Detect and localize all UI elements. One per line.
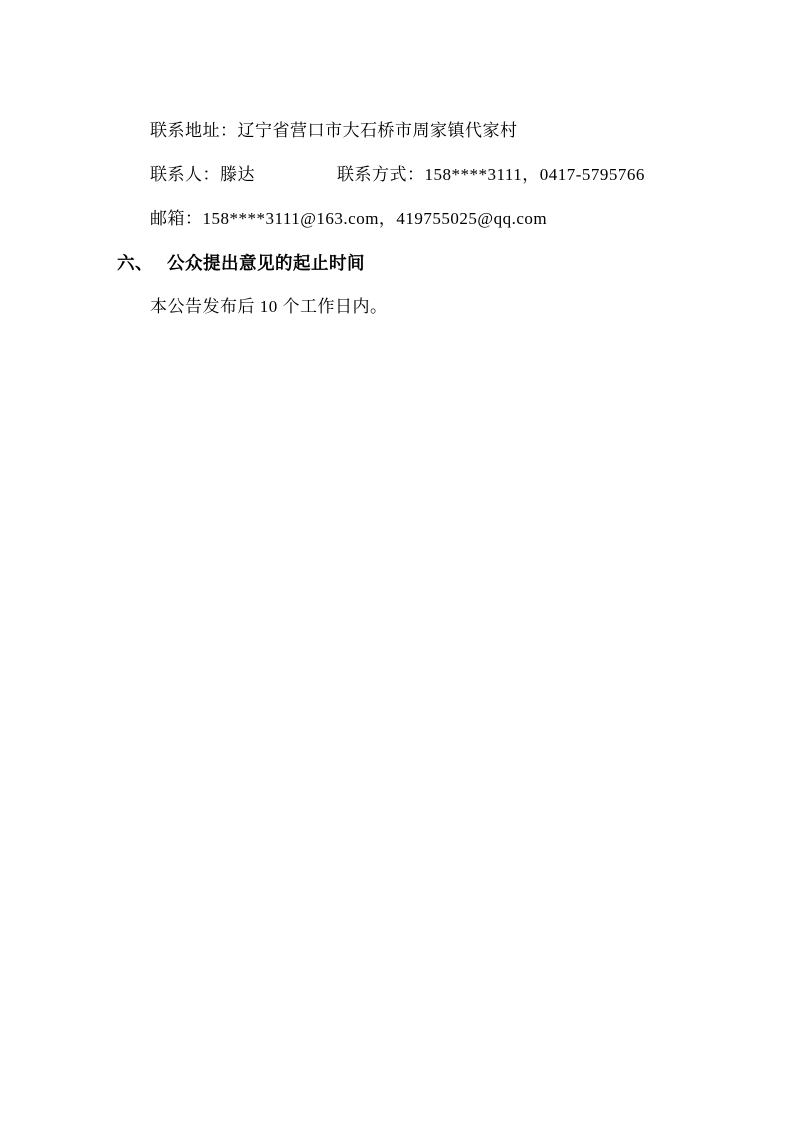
- contact-address-line: 联系地址：辽宁省营口市大石桥市周家镇代家村: [0, 109, 793, 153]
- contact-phone: 联系方式：158****3111，0417-5795766: [337, 165, 645, 184]
- contact-email-line: 邮箱：158****3111@163.com，419755025@qq.com: [0, 197, 793, 241]
- section-heading: 六、公众提出意见的起止时间: [0, 241, 793, 285]
- section-title: 公众提出意见的起止时间: [167, 253, 365, 273]
- contact-person: 联系人：滕达: [150, 153, 337, 197]
- document-page: 联系地址：辽宁省营口市大石桥市周家镇代家村 联系人：滕达联系方式：158****…: [0, 0, 793, 1122]
- document-content: 联系地址：辽宁省营口市大石桥市周家镇代家村 联系人：滕达联系方式：158****…: [0, 109, 793, 329]
- contact-person-phone-line: 联系人：滕达联系方式：158****3111，0417-5795766: [0, 153, 793, 197]
- section-number: 六、: [117, 241, 153, 285]
- section-body-line: 本公告发布后 10 个工作日内。: [0, 285, 793, 329]
